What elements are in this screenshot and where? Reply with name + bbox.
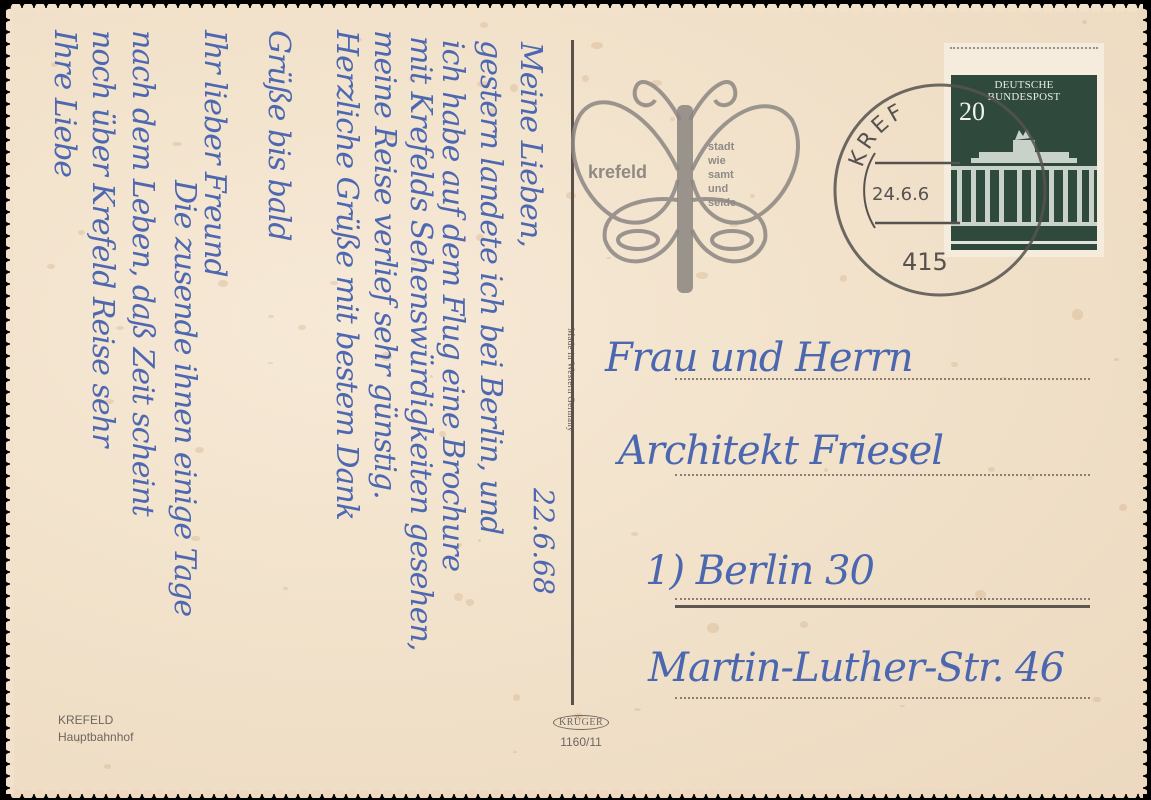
paper-speck — [1114, 358, 1119, 360]
message-line: Herzliche Grüße mit bestem Dank — [329, 30, 364, 520]
paper-speck — [218, 280, 228, 287]
address-recipient-name: Architekt Friesel — [618, 428, 943, 474]
message-date: 22.6.68 — [527, 488, 560, 595]
butterfly-slogan-cancel: krefeld stadt wie samt und seide — [560, 60, 810, 300]
svg-text:415: 415 — [902, 248, 948, 276]
caption-subject: Hauptbahnhof — [58, 729, 133, 746]
message-line: nach dem Leben, daß Zeit scheint — [125, 30, 160, 516]
svg-text:und: und — [708, 183, 728, 195]
paper-speck — [480, 22, 487, 28]
caption-city: KREFELD — [58, 712, 133, 729]
address-line-3-rule — [675, 598, 1090, 600]
picture-caption: KREFELD Hauptbahnhof — [58, 712, 133, 746]
message-line: Meine Lieben, — [513, 42, 548, 247]
svg-text:KREF: KREF — [844, 98, 910, 170]
paper-speck — [454, 593, 463, 601]
paper-speck — [268, 362, 272, 364]
paper-speck — [1119, 504, 1127, 511]
svg-text:seide: seide — [708, 197, 736, 209]
address-postal-rule — [675, 605, 1090, 608]
paper-speck — [478, 539, 481, 542]
paper-speck — [104, 764, 111, 769]
svg-text:krefeld: krefeld — [588, 162, 647, 182]
svg-text:stadt: stadt — [708, 141, 735, 153]
message-line: noch über Krefeld Reise sehr — [85, 30, 120, 446]
address-city: 1) Berlin 30 — [645, 548, 874, 594]
paper-speck — [172, 142, 182, 146]
paper-speck — [513, 694, 521, 700]
svg-text:samt: samt — [708, 169, 734, 181]
message-line: meine Reise verlief sehr günstig. — [367, 30, 402, 499]
message-line: Ihre Liebe — [47, 30, 82, 177]
address-street: Martin-Luther-Str. 46 — [648, 645, 1064, 691]
publisher-code: 1160/11 — [553, 735, 609, 749]
svg-text:24.6.6: 24.6.6 — [872, 184, 929, 205]
message-line: Grüße bis bald — [261, 30, 296, 241]
paper-speck — [47, 264, 55, 269]
paper-speck — [800, 621, 807, 628]
svg-text:wie: wie — [707, 155, 726, 167]
deckled-edge-bottom — [10, 790, 1143, 798]
message-line: Ihr lieber Freund — [197, 30, 232, 277]
circular-postmark: KREF 24.6.6 415 — [830, 78, 1050, 298]
paper-speck — [631, 532, 638, 536]
address-recipient-salutation: Frau und Herrn — [605, 335, 913, 381]
deckled-edge-left — [6, 8, 14, 794]
message-line: ich habe auf dem Flug eine Brochure — [435, 40, 470, 571]
address-line-2-rule — [675, 474, 1090, 476]
paper-speck — [513, 751, 517, 753]
publisher-imprint: KRÜGER 1160/11 — [553, 712, 609, 749]
paper-speck — [298, 325, 305, 330]
deckled-edge-top — [10, 4, 1143, 12]
paper-speck — [1093, 697, 1100, 702]
paper-speck — [951, 362, 958, 367]
address-line-4-rule — [675, 697, 1090, 699]
kruger-logo: KRÜGER — [553, 715, 609, 730]
message-line: mit Krefelds Sehenswürdigkeiten gesehen, — [403, 36, 438, 650]
made-in-label: Made in Western Germany — [560, 300, 582, 460]
message-line: gestern landete ich bei Berlin, und — [473, 40, 508, 534]
paper-speck — [283, 587, 288, 590]
deckled-edge-right — [1139, 8, 1147, 794]
message-line: Die zusende ihnen einige Tage — [167, 180, 202, 616]
paper-speck — [707, 623, 718, 632]
paper-speck — [1082, 20, 1087, 23]
